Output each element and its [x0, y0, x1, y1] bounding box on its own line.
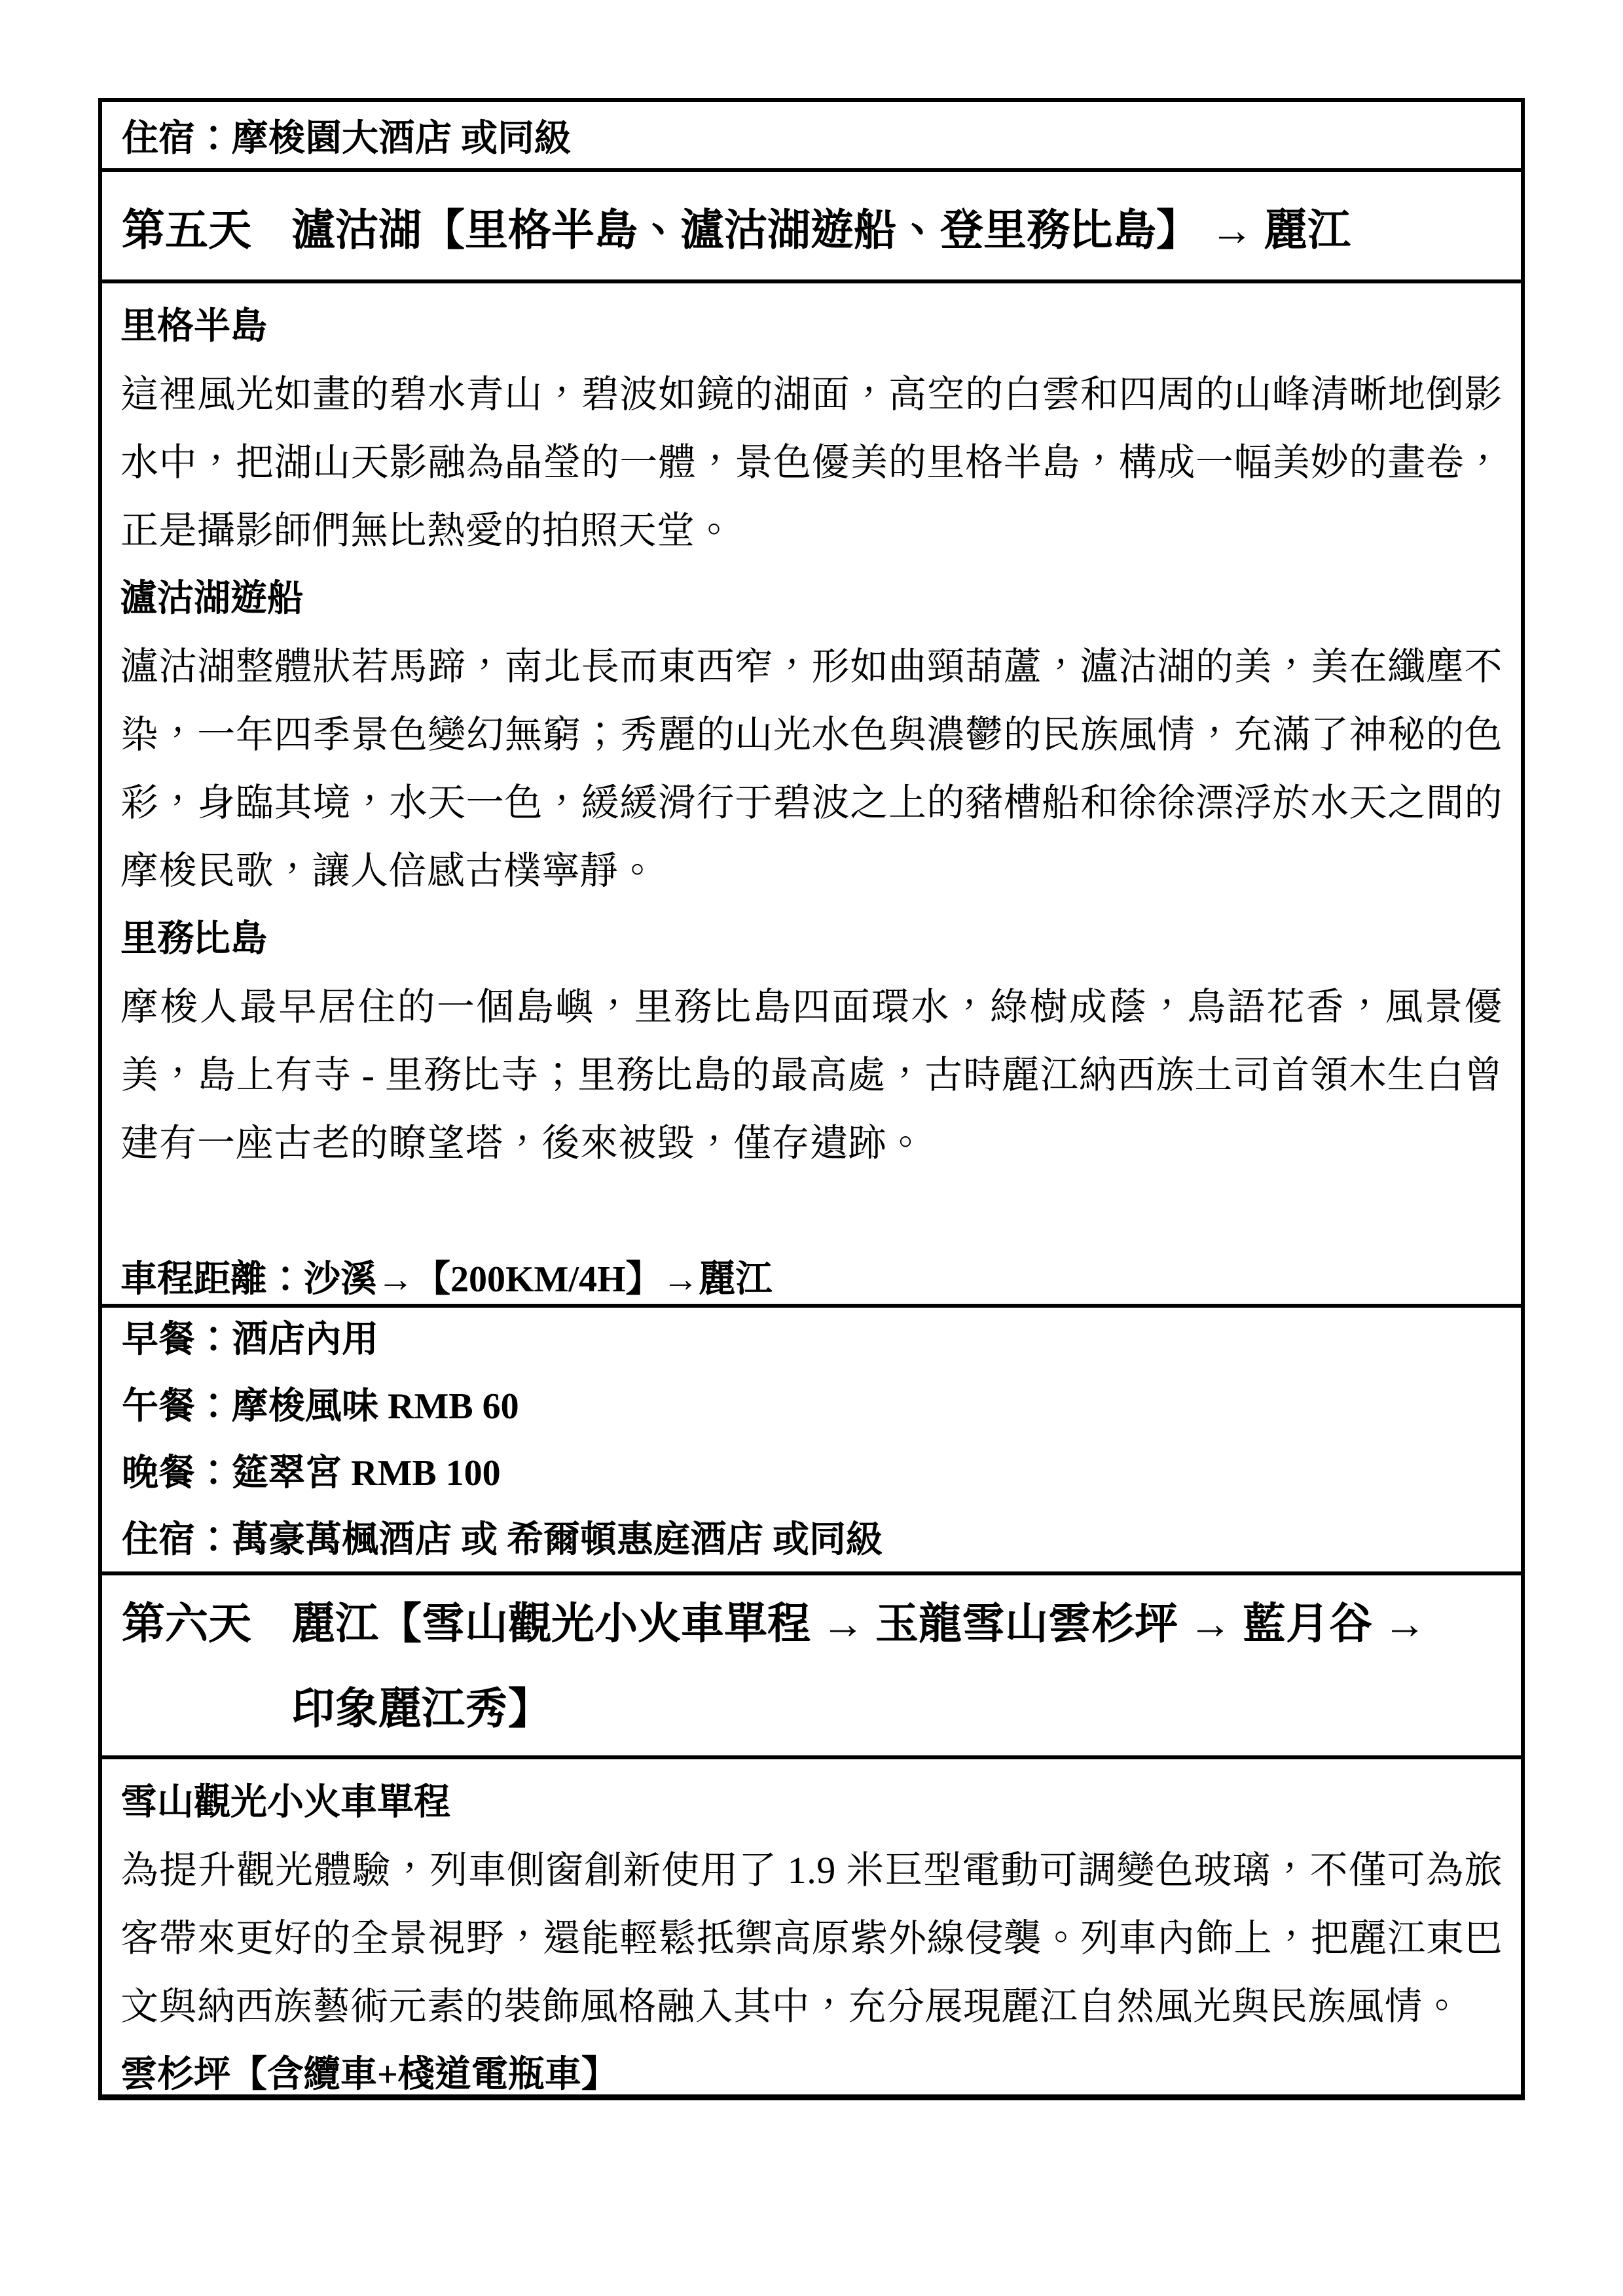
itinerary-page: 住宿：摩梭園大酒店 或同級 第五天 瀘沽湖【里格半島、瀘沽湖遊船、登里務比島】 …: [0, 0, 1623, 2296]
day5-title: 瀘沽湖【里格半島、瀘沽湖遊船、登里務比島】 → 麗江: [292, 195, 1501, 257]
section-paragraph-lige-peninsula: 這裡風光如畫的碧水青山，碧波如鏡的湖面，高空的白雲和四周的山峰清晰地倒影水中，把…: [120, 361, 1503, 565]
section-heading-snow-mountain-train: 雪山觀光小火車單程: [120, 1768, 1503, 1837]
day5-content-row: 里格半島 這裡風光如畫的碧水青山，碧波如鏡的湖面，高空的白雲和四周的山峰清晰地倒…: [102, 279, 1521, 1304]
section-paragraph-liwubi-island: 摩梭人最早居住的一個島嶼，里務比島四面環水，綠樹成蔭，鳥語花香，風景優美，島上有…: [120, 973, 1503, 1177]
lodging-note-row: 住宿：摩梭園大酒店 或同級: [102, 102, 1521, 168]
lodging-note-text: 住宿：摩梭園大酒店 或同級: [122, 109, 571, 162]
section-paragraph-snow-mountain-train: 為提升觀光體驗，列車側窗創新使用了 1.9 米巨型電動可調變色玻璃，不僅可為旅客…: [120, 1837, 1503, 2041]
lodging-line: 住宿：萬豪萬楓酒店 或 希爾頓惠庭酒店 或同級: [122, 1507, 1501, 1572]
section-heading-liwubi-island: 里務比島: [120, 905, 1503, 973]
day6-label: 第六天: [122, 1582, 251, 1667]
blank-line: [120, 1177, 1503, 1246]
day6-title-line1: 麗江【雪山觀光小火車單程 → 玉龍雪山雲杉坪 → 藍月谷 →: [292, 1582, 1501, 1667]
day5-label: 第五天: [122, 195, 251, 257]
breakfast-line: 早餐：酒店內用: [122, 1306, 1501, 1373]
day5-header-row: 第五天 瀘沽湖【里格半島、瀘沽湖遊船、登里務比島】 → 麗江: [102, 168, 1521, 279]
drive-distance-line: 車程距離：沙溪→【200KM/4H】→麗江: [120, 1246, 1503, 1304]
itinerary-table: 住宿：摩梭園大酒店 或同級 第五天 瀘沽湖【里格半島、瀘沽湖遊船、登里務比島】 …: [98, 98, 1525, 2100]
section-heading-lige-peninsula: 里格半島: [120, 293, 1503, 361]
lunch-line: 午餐：摩梭風味 RMB 60: [122, 1373, 1501, 1440]
day6-content-row: 雪山觀光小火車單程 為提升觀光體驗，列車側窗創新使用了 1.9 米巨型電動可調變…: [102, 1755, 1521, 2094]
section-paragraph-lugu-lake-cruise: 瀘沽湖整體狀若馬蹄，南北長而東西窄，形如曲頸葫蘆，瀘沽湖的美，美在纖塵不染，一年…: [120, 633, 1503, 905]
dinner-line: 晚餐：筵翠宮 RMB 100: [122, 1440, 1501, 1507]
day6-title: 麗江【雪山觀光小火車單程 → 玉龍雪山雲杉坪 → 藍月谷 → 印象麗江秀】: [292, 1582, 1501, 1752]
day6-header-row: 第六天 麗江【雪山觀光小火車單程 → 玉龍雪山雲杉坪 → 藍月谷 → 印象麗江秀…: [102, 1571, 1521, 1755]
day5-meals-row: 早餐：酒店內用 午餐：摩梭風味 RMB 60 晚餐：筵翠宮 RMB 100 住宿…: [102, 1304, 1521, 1571]
section-heading-lugu-lake-cruise: 瀘沽湖遊船: [120, 565, 1503, 633]
day6-title-line2: 印象麗江秀】: [292, 1667, 1501, 1752]
section-heading-spruce-meadow: 雲杉坪【含纜車+棧道電瓶車】: [120, 2041, 1503, 2094]
